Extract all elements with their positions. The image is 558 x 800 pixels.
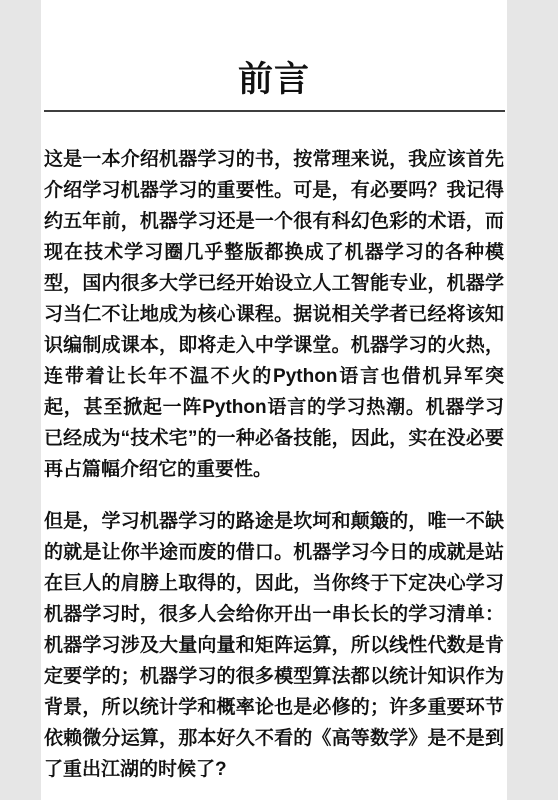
book-page: 前言 这是一本介绍机器学习的书，按常理来说，我应该首先介绍学习机器学习的重要性。… <box>41 0 507 800</box>
page-content: 这是一本介绍机器学习的书，按常理来说，我应该首先介绍学习机器学习的重要性。可是，… <box>44 144 504 785</box>
page-title: 前言 <box>44 60 504 100</box>
paragraph: 但是，学习机器学习的路途是坎坷和颠簸的，唯一不缺的就是让你半途而废的借口。机器学… <box>44 506 504 785</box>
reader-background: 前言 这是一本介绍机器学习的书，按常理来说，我应该首先介绍学习机器学习的重要性。… <box>0 0 558 800</box>
title-divider <box>44 110 505 112</box>
paragraph: 这是一本介绍机器学习的书，按常理来说，我应该首先介绍学习机器学习的重要性。可是，… <box>44 144 504 485</box>
